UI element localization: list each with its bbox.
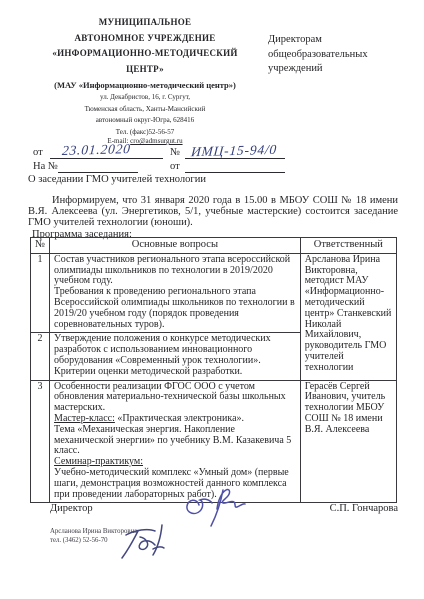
row1-number: 1 <box>31 253 50 333</box>
director-title: Директор <box>50 503 93 514</box>
row3-questions: Особенности реализации ФГОС ООО с учетом… <box>50 380 301 503</box>
org-letterhead: МУНИЦИПАЛЬНОЕ АВТОНОМНОЕ УЧРЕЖДЕНИЕ «ИНФ… <box>30 15 260 147</box>
row2-question-1: Утверждение положения о конкурсе методич… <box>54 334 296 366</box>
seminar-label: Семинар-практикум: <box>54 456 143 467</box>
subject-line: О заседании ГМО учителей технологии <box>28 174 398 185</box>
document-page: МУНИЦИПАЛЬНОЕ АВТОНОМНОЕ УЧРЕЖДЕНИЕ «ИНФ… <box>0 0 424 599</box>
ref-from-label: от <box>33 147 43 158</box>
org-name-line: АВТОНОМНОЕ УЧРЕЖДЕНИЕ <box>30 31 260 47</box>
row2-questions: Утверждение положения о конкурсе методич… <box>50 333 301 380</box>
row3-responsible: Герасёв Сергей Иванович, учитель техноло… <box>300 380 396 503</box>
row2-number: 2 <box>31 333 50 380</box>
org-name-line: МУНИЦИПАЛЬНОЕ <box>30 15 260 31</box>
executor-signature-icon <box>114 519 176 571</box>
org-name-line: ЦЕНТР» <box>30 62 260 78</box>
row3-number: 3 <box>31 380 50 503</box>
masterclass-label: Мастер-класс: <box>54 413 115 424</box>
org-address-line: автономный округ-Югра, 628416 <box>30 116 260 126</box>
recipient-block: Директорам общеобразовательных учреждени… <box>268 33 400 77</box>
table-row: 1 Состав участников регионального этапа … <box>31 253 397 333</box>
row1-question-1: Состав участников регионального этапа вс… <box>54 255 296 287</box>
header-num: № <box>31 238 50 254</box>
header-responsible: Ответственный <box>300 238 396 254</box>
org-name-line: «ИНФОРМАЦИОННО-МЕТОДИЧЕСКИЙ <box>30 46 260 62</box>
ref-number-label: № <box>170 147 180 158</box>
org-address-line: ул. Декабристов, 16, г. Сургут, <box>30 93 260 103</box>
body-block: Информируем, что 31 января 2020 года в 1… <box>28 195 398 240</box>
row2-question-2: Критерии оценки методической разработки. <box>54 367 296 378</box>
row3-theme-line: Тема «Механическая энергия. Накопление м… <box>54 425 296 457</box>
body-paragraph: Информируем, что 31 января 2020 года в 1… <box>28 195 398 228</box>
row3-seminar-text: Учебно-методический комплекс «Умный дом»… <box>54 468 296 500</box>
header-questions: Основные вопросы <box>50 238 301 254</box>
row3-question-1: Особенности реализации ФГОС ООО с учетом… <box>54 382 296 414</box>
org-short-name: (МАУ «Информационно-методический центр») <box>30 80 260 91</box>
row1-responsible: Арсланова Ирина Викторовна, методист МАУ… <box>300 253 396 380</box>
ref-on-from-label: от <box>170 161 180 172</box>
masterclass-text: «Практическая электроника». <box>115 413 244 424</box>
director-name: С.П. Гончарова <box>310 503 398 514</box>
ref-on-from-line <box>185 154 285 173</box>
row1-questions: Состав участников регионального этапа вс… <box>50 253 301 333</box>
org-address-line: Тюменская область, Ханты-Мансийский <box>30 105 260 115</box>
ref-on-number-line <box>58 154 138 173</box>
ref-on-number-label: На № <box>33 161 58 172</box>
agenda-table: № Основные вопросы Ответственный 1 Соста… <box>30 237 397 503</box>
org-phone-line: Тел. (факс)52-56-57 <box>30 128 260 138</box>
director-signature-icon <box>183 485 247 529</box>
row1-question-2: Требования к проведению регионального эт… <box>54 287 296 330</box>
table-header-row: № Основные вопросы Ответственный <box>31 238 397 254</box>
